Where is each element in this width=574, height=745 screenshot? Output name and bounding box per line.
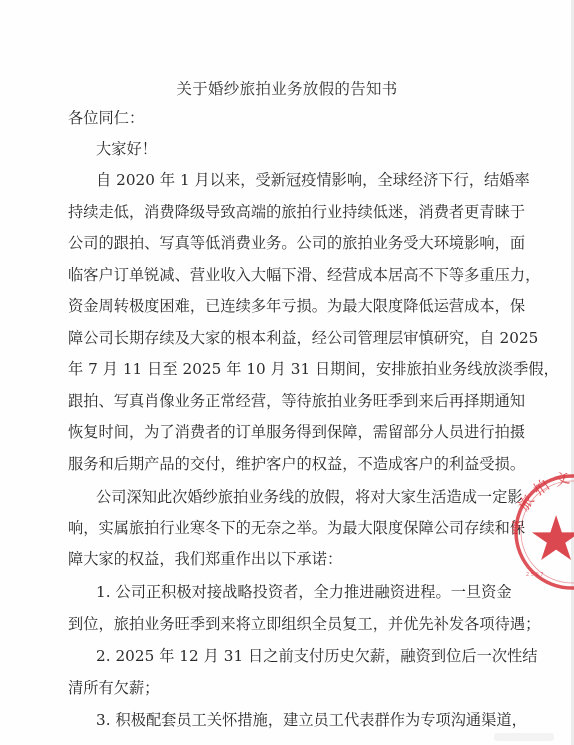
paragraph-line: 响，实属旅拍行业寒冬下的无奈之举。为最大限度保障公司存续和保 bbox=[68, 518, 488, 538]
salutation: 各位同仁： bbox=[68, 108, 488, 128]
paragraph-line: 公司深知此次婚纱旅拍业务线的放假，将对大家生活造成一定影 bbox=[96, 487, 488, 507]
paragraph-line: 清所有欠薪； bbox=[68, 678, 488, 698]
paragraph-line: 公司的跟拍、写真等低消费业务。公司的旅拍业务受大环境影响，面 bbox=[68, 233, 488, 253]
svg-text:旅: 旅 bbox=[515, 492, 538, 515]
commitment-item-2: 2. 2025 年 12 月 31 日之前支付历史欠薪，融资到位后一次性结 bbox=[96, 646, 488, 666]
paragraph-line: 资金周转极度困难，已连续多年亏损。为最大限度降低运营成本，保 bbox=[68, 296, 488, 316]
paragraph-line: 年 7 月 11 日至 2025 年 10 月 31 日期间，安排旅拍业务线放淡… bbox=[68, 359, 488, 379]
paragraph-line: 持续走低，消费降级导致高端的旅拍行业持续低迷，消费者更青睐于 bbox=[68, 202, 488, 222]
paragraph-line: 自 2020 年 1 月以来，受新冠疫情影响，全球经济下行，结婚率 bbox=[96, 170, 488, 190]
paragraph-line: 障公司长期存续及大家的根本利益，经公司管理层审慎研究，自 2025 bbox=[68, 328, 488, 348]
greeting: 大家好！ bbox=[96, 139, 488, 159]
paragraph-line: 障大家的权益，我们郑重作出以下承诺： bbox=[68, 549, 488, 569]
paragraph-line: 到位，旅拍业务旺季到来将立即组织全员复工，并优先补发各项待遇； bbox=[68, 614, 488, 634]
document-title: 关于婚纱旅拍业务放假的告知书 bbox=[0, 77, 574, 99]
paragraph-line: 服务和后期产品的交付，维护客户的权益，不造成客户的利益受损。 bbox=[68, 454, 488, 474]
commitment-item-1: 1. 公司正积极对接战略投资者，全力推进融资进程。一旦资金 bbox=[96, 582, 488, 602]
paragraph-line: 恢复时间，为了消费者的订单服务得到保障，需留部分人员进行拍摄 bbox=[68, 422, 488, 442]
paragraph-line: 跟拍、写真肖像业务正常经营，等待旅拍业务旺季到来后再择期通知 bbox=[68, 391, 488, 411]
paragraph-line: 临客户订单锐减、营业收入大幅下滑、经营成本居高不下等多重压力， bbox=[68, 265, 488, 285]
commitment-item-3: 3. 积极配套员工关怀措施，建立员工代表群作为专项沟通渠道， bbox=[96, 710, 488, 730]
faint-watermark bbox=[494, 733, 554, 741]
svg-text:2 5 0 7: 2 5 0 7 bbox=[526, 572, 544, 578]
company-seal-icon: 旅 拍 文 源 2 5 0 7 bbox=[512, 472, 574, 592]
document-page: 关于婚纱旅拍业务放假的告知书 各位同仁： 大家好！ 自 2020 年 1 月以来… bbox=[0, 0, 574, 745]
